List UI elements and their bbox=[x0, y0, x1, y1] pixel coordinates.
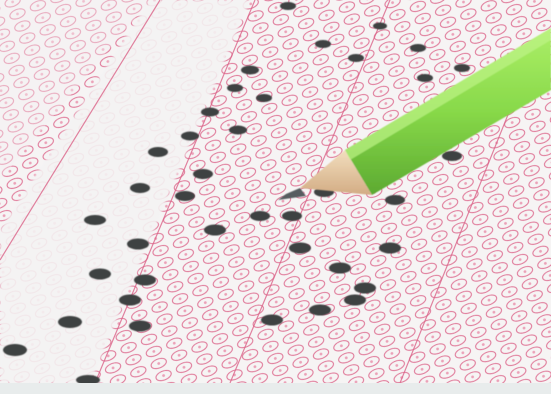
answer-sheet-photo bbox=[0, 0, 551, 383]
footer-band bbox=[0, 383, 551, 394]
answer-sheet-illustration bbox=[0, 0, 551, 383]
